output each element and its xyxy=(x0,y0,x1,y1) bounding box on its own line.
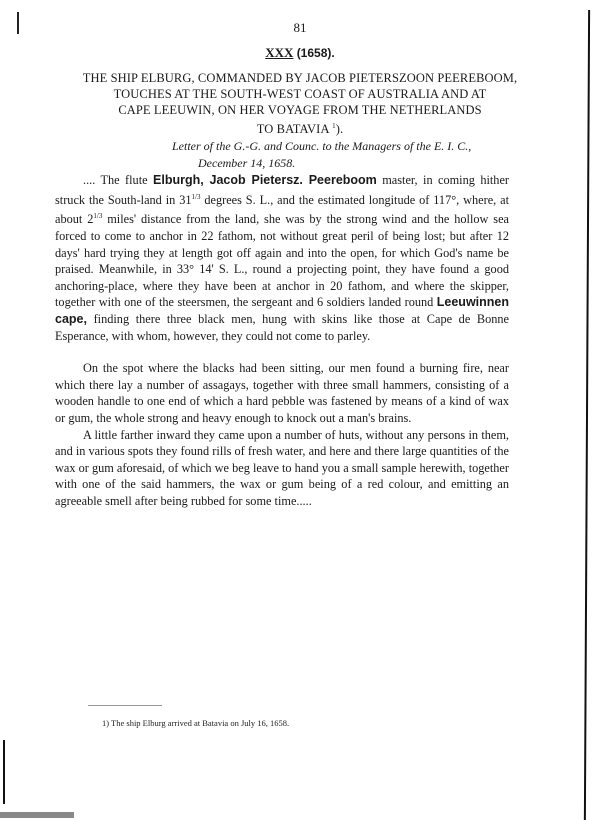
paragraph: .... The flute Elburgh, Jacob Pietersz. … xyxy=(55,172,509,344)
title-line: CAPE LEEUWIN, ON HER VOYAGE FROM THE NET… xyxy=(60,102,540,118)
chapter-title: THE SHIP ELBURG, COMMANDED BY JACOB PIET… xyxy=(60,70,540,137)
section-year: (1658). xyxy=(297,46,335,60)
source-date: December 14, 1658. xyxy=(172,155,471,172)
source-line: Letter of the G.-G. and Counc. to the Ma… xyxy=(172,138,471,155)
paragraph: On the spot where the blacks had been si… xyxy=(55,360,509,426)
body-text: .... The flute Elburgh, Jacob Pietersz. … xyxy=(55,172,509,509)
ship-name: Elburgh, Jacob Pietersz. Peereboom xyxy=(153,173,377,187)
scan-edge-mark xyxy=(3,740,5,804)
title-line: THE SHIP ELBURG, COMMANDED BY JACOB PIET… xyxy=(60,70,540,86)
page-edge-line xyxy=(584,10,590,820)
paragraph: A little farther inward they came upon a… xyxy=(55,427,509,510)
title-line: TO BATAVIA 1). xyxy=(60,118,540,137)
footnote: 1) The ship Elburg arrived at Batavia on… xyxy=(102,718,289,728)
section-heading: XXX (1658). xyxy=(0,45,600,61)
scan-edge-bar xyxy=(0,812,74,818)
page-number: 81 xyxy=(0,20,600,36)
footnote-divider xyxy=(88,705,162,706)
title-line: TOUCHES AT THE SOUTH-WEST COAST OF AUSTR… xyxy=(60,86,540,102)
source-citation: Letter of the G.-G. and Counc. to the Ma… xyxy=(172,138,471,172)
section-number: XXX xyxy=(265,45,293,60)
